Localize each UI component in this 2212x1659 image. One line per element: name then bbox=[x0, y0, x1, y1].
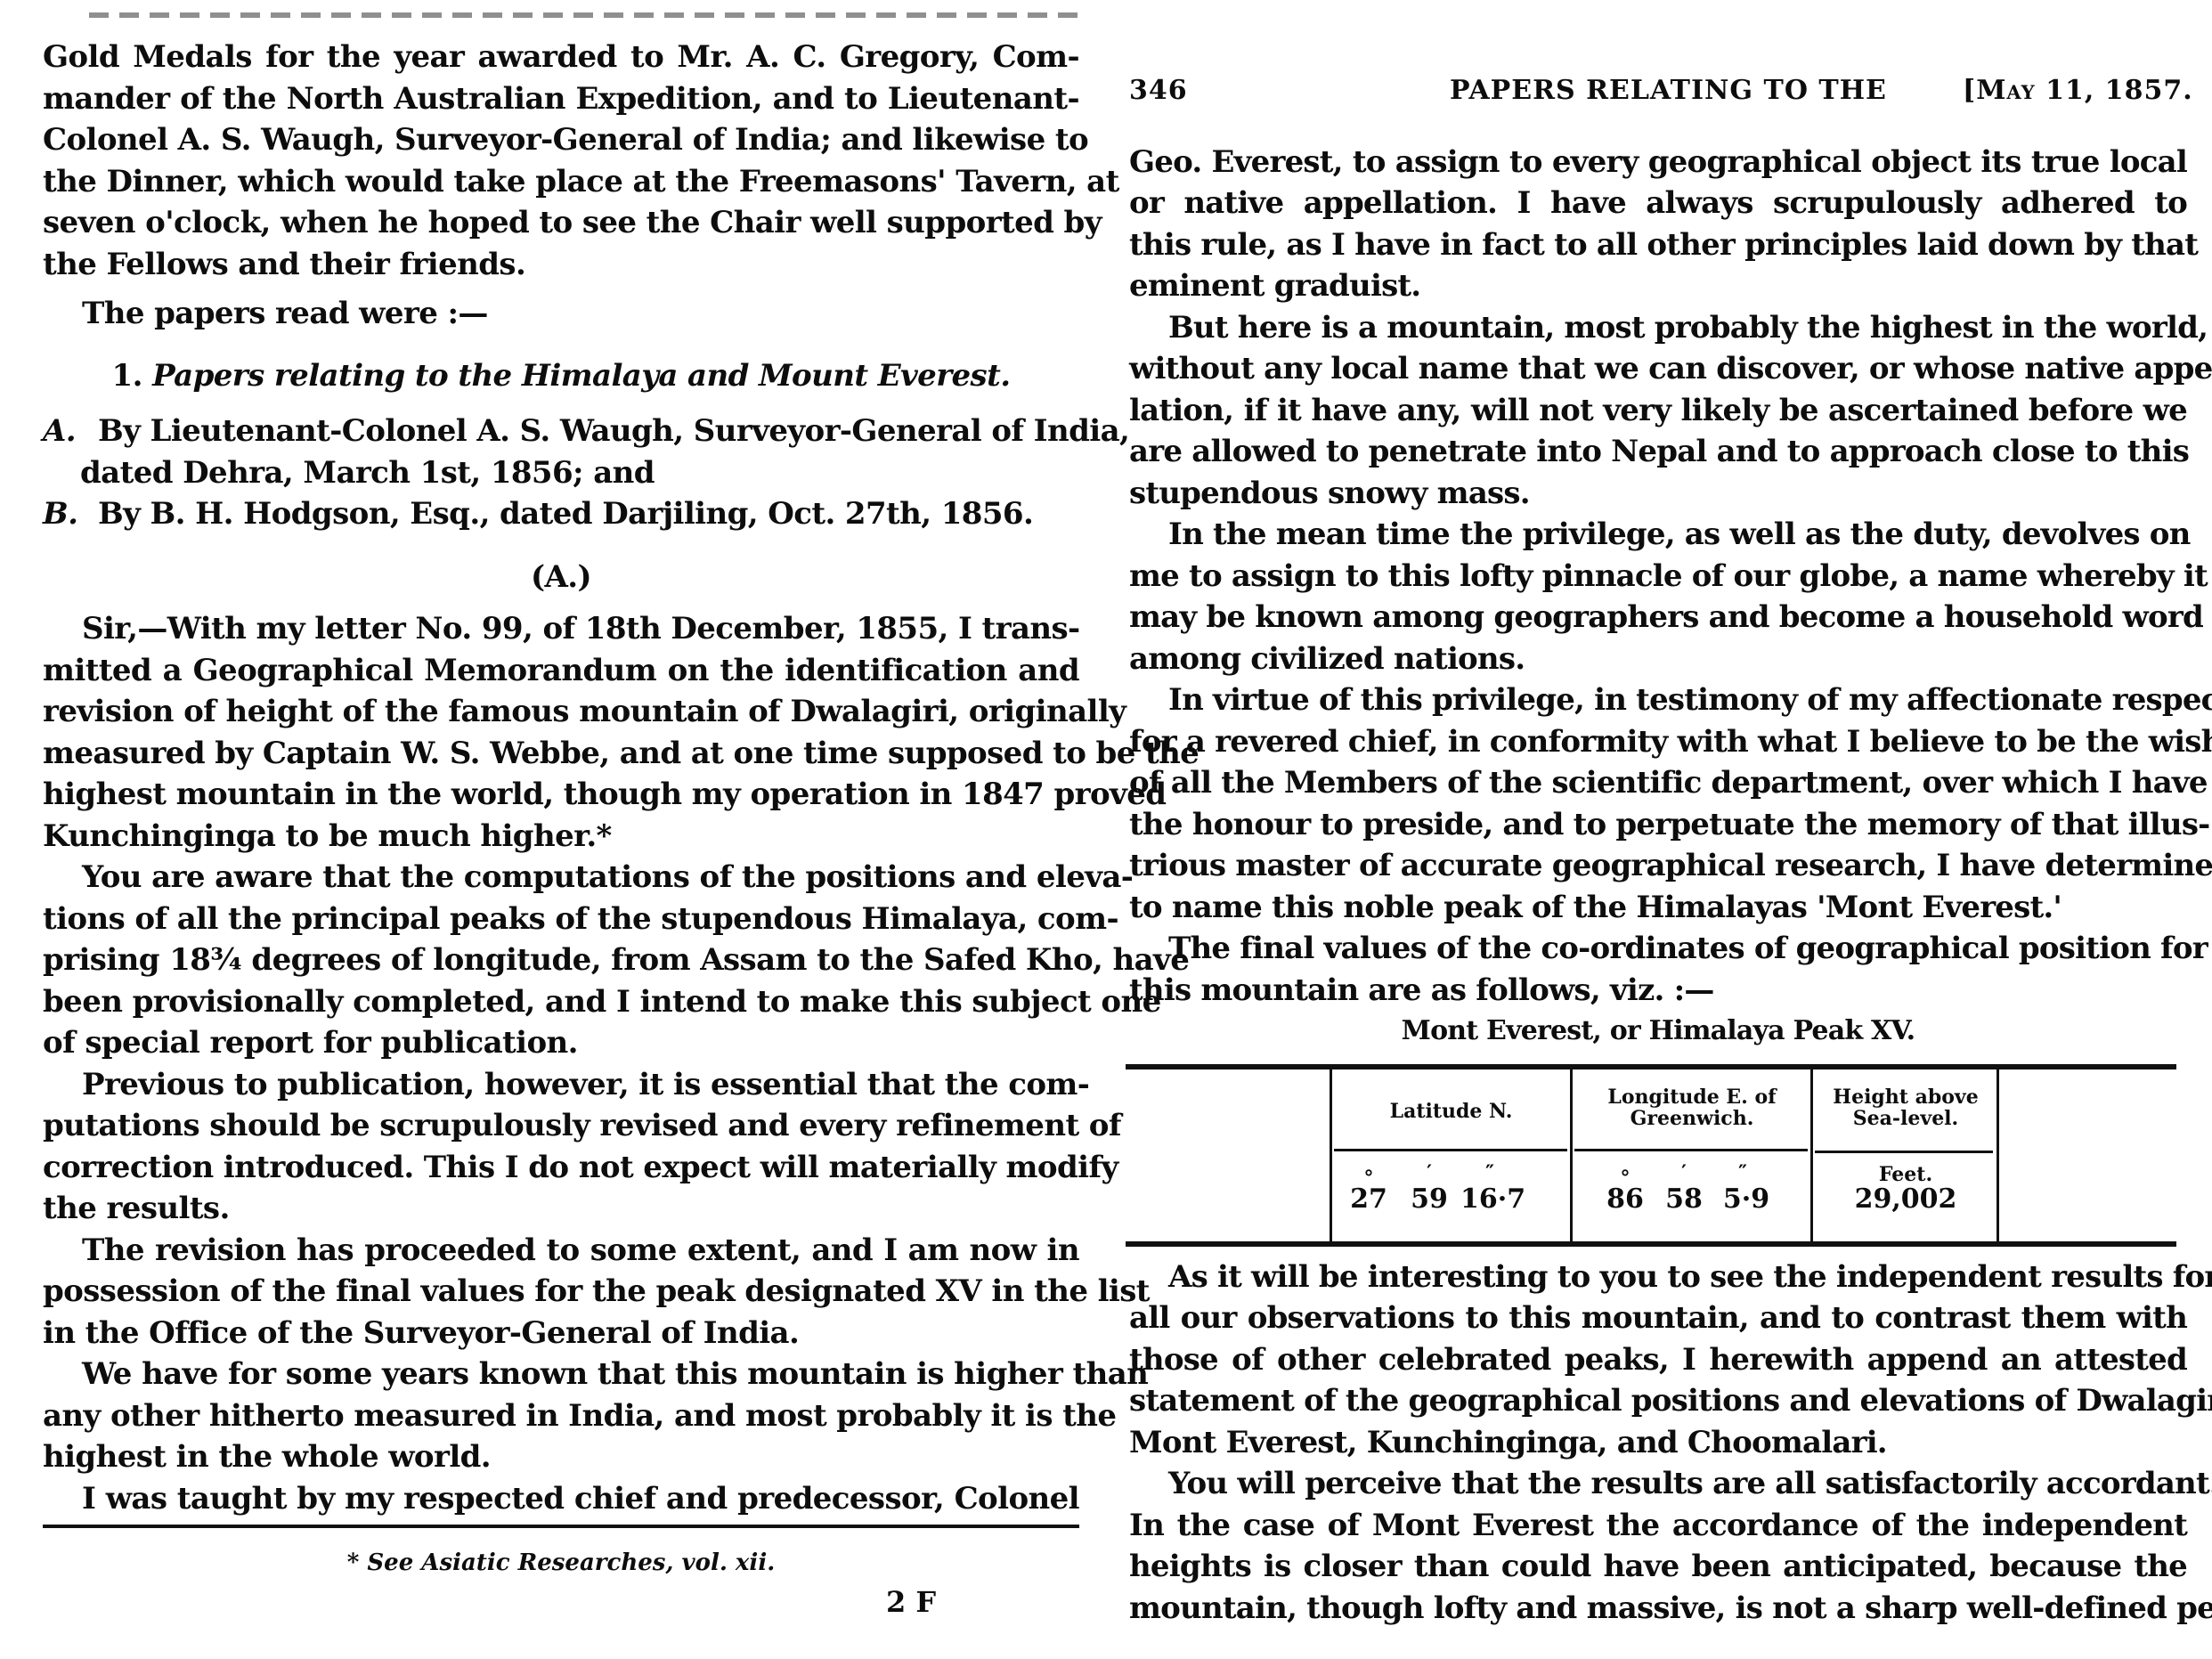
text-line: Geo. Everest, to assign to every geograp… bbox=[1129, 144, 2187, 180]
text-line: measured by Captain W. S. Webbe, and at … bbox=[43, 736, 1079, 771]
text-line: seven o'clock, when he hoped to see the … bbox=[43, 205, 1079, 240]
header-longitude: Longitude E. of Greenwich. bbox=[1603, 1086, 1781, 1129]
text-line: all our observations to this mountain, a… bbox=[1129, 1300, 2187, 1336]
running-date: [May 11, 1857. bbox=[1963, 75, 2193, 106]
text-line: among civilized nations. bbox=[1129, 641, 2187, 677]
left-page: Gold Medals for the year awarded to Mr. … bbox=[0, 0, 1104, 1659]
unit-minutes: ′ bbox=[1671, 1163, 1697, 1183]
table-column-divider bbox=[1996, 1069, 1999, 1243]
text-line: Sir,—With my letter No. 99, of 18th Dece… bbox=[82, 611, 1079, 647]
text-line: You will perceive that the results are a… bbox=[1168, 1466, 2187, 1501]
text-line: eminent graduist. bbox=[1129, 268, 2187, 304]
header-latitude: Latitude N. bbox=[1332, 1101, 1570, 1122]
unit-seconds: ″ bbox=[1729, 1163, 1756, 1183]
unit-feet: Feet. bbox=[1826, 1165, 1986, 1184]
unit-seconds: ″ bbox=[1476, 1163, 1503, 1183]
text-line: without any local name that we can disco… bbox=[1129, 351, 2187, 386]
table-top-rule bbox=[1126, 1064, 2176, 1069]
text-line: Colonel A. S. Waugh, Surveyor-General of… bbox=[43, 122, 1079, 158]
text-line: to name this noble peak of the Himalayas… bbox=[1129, 890, 2187, 925]
text-line: prising 18¾ degrees of longitude, from A… bbox=[43, 942, 1079, 978]
unit-minutes: ′ bbox=[1416, 1163, 1443, 1183]
text-line: in the Office of the Surveyor-General of… bbox=[43, 1315, 1079, 1351]
longitude-seconds: 5·9 bbox=[1715, 1184, 1777, 1215]
text-line: The revision has proceeded to some exten… bbox=[82, 1232, 1079, 1268]
text-line: Kunchinginga to be much higher.* bbox=[43, 818, 1079, 854]
text-line: I was taught by my respected chief and p… bbox=[82, 1481, 1079, 1517]
cut-off-line bbox=[89, 12, 1078, 18]
text-line: possession of the final values for the p… bbox=[43, 1273, 1079, 1309]
source-letter: B. bbox=[43, 496, 87, 532]
text-line: highest mountain in the world, though my… bbox=[43, 777, 1079, 812]
footnote-rule bbox=[43, 1525, 1079, 1528]
text-line: for a revered chief, in conformity with … bbox=[1129, 724, 2187, 760]
text-line: mander of the North Australian Expeditio… bbox=[43, 81, 1079, 117]
text-line: stupendous snowy mass. bbox=[1129, 476, 2187, 511]
text-line: dated Dehra, March 1st, 1856; and bbox=[80, 455, 1060, 491]
text-line: In virtue of this privilege, in testimon… bbox=[1168, 682, 2187, 718]
table-column-divider bbox=[1330, 1069, 1332, 1243]
table-column-divider bbox=[1810, 1069, 1813, 1243]
text-line: may be known among geographers and becom… bbox=[1129, 599, 2187, 635]
text-line: Mont Everest, Kunchinginga, and Choomala… bbox=[1129, 1425, 2187, 1460]
letter-label: (A.) bbox=[43, 559, 1079, 595]
text-line: In the case of Mont Everest the accordan… bbox=[1129, 1508, 2187, 1543]
text-line: tions of all the principal peaks of the … bbox=[43, 901, 1079, 937]
text-line: In the mean time the privilege, as well … bbox=[1168, 516, 2187, 552]
text-line: are allowed to penetrate into Nepal and … bbox=[1129, 434, 2187, 469]
text-line: By Lieutenant-Colonel A. S. Waugh, Surve… bbox=[98, 413, 1079, 449]
text-line: By B. H. Hodgson, Esq., dated Darjiling,… bbox=[98, 496, 1078, 532]
footnote: * See Asiatic Researches, vol. xii. bbox=[43, 1549, 1079, 1576]
running-title: PAPERS RELATING TO THE bbox=[1450, 75, 1887, 106]
text-line: me to assign to this lofty pinnacle of o… bbox=[1129, 558, 2187, 594]
latitude-seconds: 16·7 bbox=[1460, 1184, 1523, 1215]
text-line: lation, if it have any, will not very li… bbox=[1129, 393, 2187, 428]
right-page: 346 PAPERS RELATING TO THE [May 11, 1857… bbox=[1104, 0, 2212, 1659]
text-line: The final values of the co-ordinates of … bbox=[1168, 931, 2187, 966]
header-rule bbox=[1815, 1151, 1993, 1153]
text-line: correction introduced. This I do not exp… bbox=[43, 1150, 1079, 1185]
signature-mark: 2 F bbox=[886, 1585, 936, 1619]
text-line: those of other celebrated peaks, I herew… bbox=[1129, 1342, 2187, 1378]
text-line: trious master of accurate geographical r… bbox=[1129, 848, 2187, 883]
text-line: of special report for publication. bbox=[43, 1025, 1079, 1061]
text-line: this mountain are as follows, viz. :— bbox=[1129, 972, 2187, 1008]
text-line: statement of the geographical positions … bbox=[1129, 1383, 2187, 1419]
text-line: The papers read were :— bbox=[82, 296, 1061, 331]
text-line: this rule, as I have in fact to all othe… bbox=[1129, 227, 2187, 263]
text-line: mitted a Geographical Memorandum on the … bbox=[43, 653, 1079, 688]
text-line: You are aware that the computations of t… bbox=[82, 859, 1079, 895]
table-column-divider bbox=[1570, 1069, 1573, 1243]
text-line: been provisionally completed, and I inte… bbox=[43, 984, 1079, 1020]
text-line: any other hitherto measured in India, an… bbox=[43, 1398, 1079, 1434]
table-bottom-rule bbox=[1126, 1241, 2176, 1247]
text-line: the Fellows and their friends. bbox=[43, 247, 1079, 282]
section-number: 1. bbox=[112, 358, 142, 394]
table-caption: Mont Everest, or Himalaya Peak XV. bbox=[1129, 1013, 2187, 1049]
text-line: of all the Members of the scientific dep… bbox=[1129, 765, 2187, 801]
height-feet: 29,002 bbox=[1826, 1184, 1986, 1215]
text-line: As it will be interesting to you to see … bbox=[1168, 1259, 2187, 1295]
text-line: highest in the whole world. bbox=[43, 1439, 1079, 1475]
header-height: Height above Sea-level. bbox=[1826, 1086, 1986, 1129]
section-heading: 1. Papers relating to the Himalaya and M… bbox=[43, 358, 1079, 394]
text-line: Previous to publication, however, it is … bbox=[82, 1067, 1079, 1102]
header-rule bbox=[1574, 1149, 1808, 1151]
text-line: the Dinner, which would take place at th… bbox=[43, 164, 1079, 199]
text-line: or native appellation. I have always scr… bbox=[1129, 185, 2187, 221]
section-title: Papers relating to the Himalaya and Moun… bbox=[152, 358, 1010, 394]
text-line: the results. bbox=[43, 1191, 1079, 1226]
text-line: mountain, though lofty and massive, is n… bbox=[1129, 1590, 2187, 1626]
latitude-degrees: 27 bbox=[1346, 1184, 1391, 1215]
longitude-minutes: 58 bbox=[1662, 1184, 1706, 1215]
source-letter: A. bbox=[43, 413, 87, 449]
text-line: Gold Medals for the year awarded to Mr. … bbox=[43, 39, 1079, 75]
header-rule bbox=[1334, 1149, 1567, 1151]
text-line: We have for some years known that this m… bbox=[82, 1356, 1079, 1392]
text-line: putations should be scrupulously revised… bbox=[43, 1108, 1079, 1143]
text-line: revision of height of the famous mountai… bbox=[43, 694, 1079, 729]
text-line: the honour to preside, and to perpetuate… bbox=[1129, 807, 2187, 842]
longitude-degrees: 86 bbox=[1603, 1184, 1647, 1215]
page-number: 346 bbox=[1129, 75, 1188, 106]
text-line: But here is a mountain, most probably th… bbox=[1168, 310, 2187, 346]
latitude-minutes: 59 bbox=[1407, 1184, 1452, 1215]
text-line: heights is closer than could have been a… bbox=[1129, 1549, 2187, 1584]
